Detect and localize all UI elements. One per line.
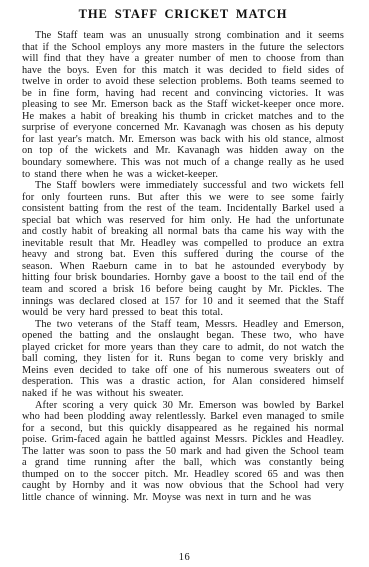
- paragraph-2: The Staff bowlers were immediately succe…: [22, 180, 344, 319]
- paragraph-3: The two veterans of the Staff team, Mess…: [22, 319, 344, 400]
- document-page: THE STAFF CRICKET MATCH The Staff team w…: [0, 0, 369, 567]
- paragraph-4: After scoring a very quick 30 Mr. Emerso…: [22, 400, 344, 504]
- paragraph-1: The Staff team was an unusually strong c…: [22, 30, 344, 180]
- article-title: THE STAFF CRICKET MATCH: [22, 7, 344, 22]
- page-number: 16: [0, 552, 369, 563]
- article-body: The Staff team was an unusually strong c…: [22, 30, 344, 503]
